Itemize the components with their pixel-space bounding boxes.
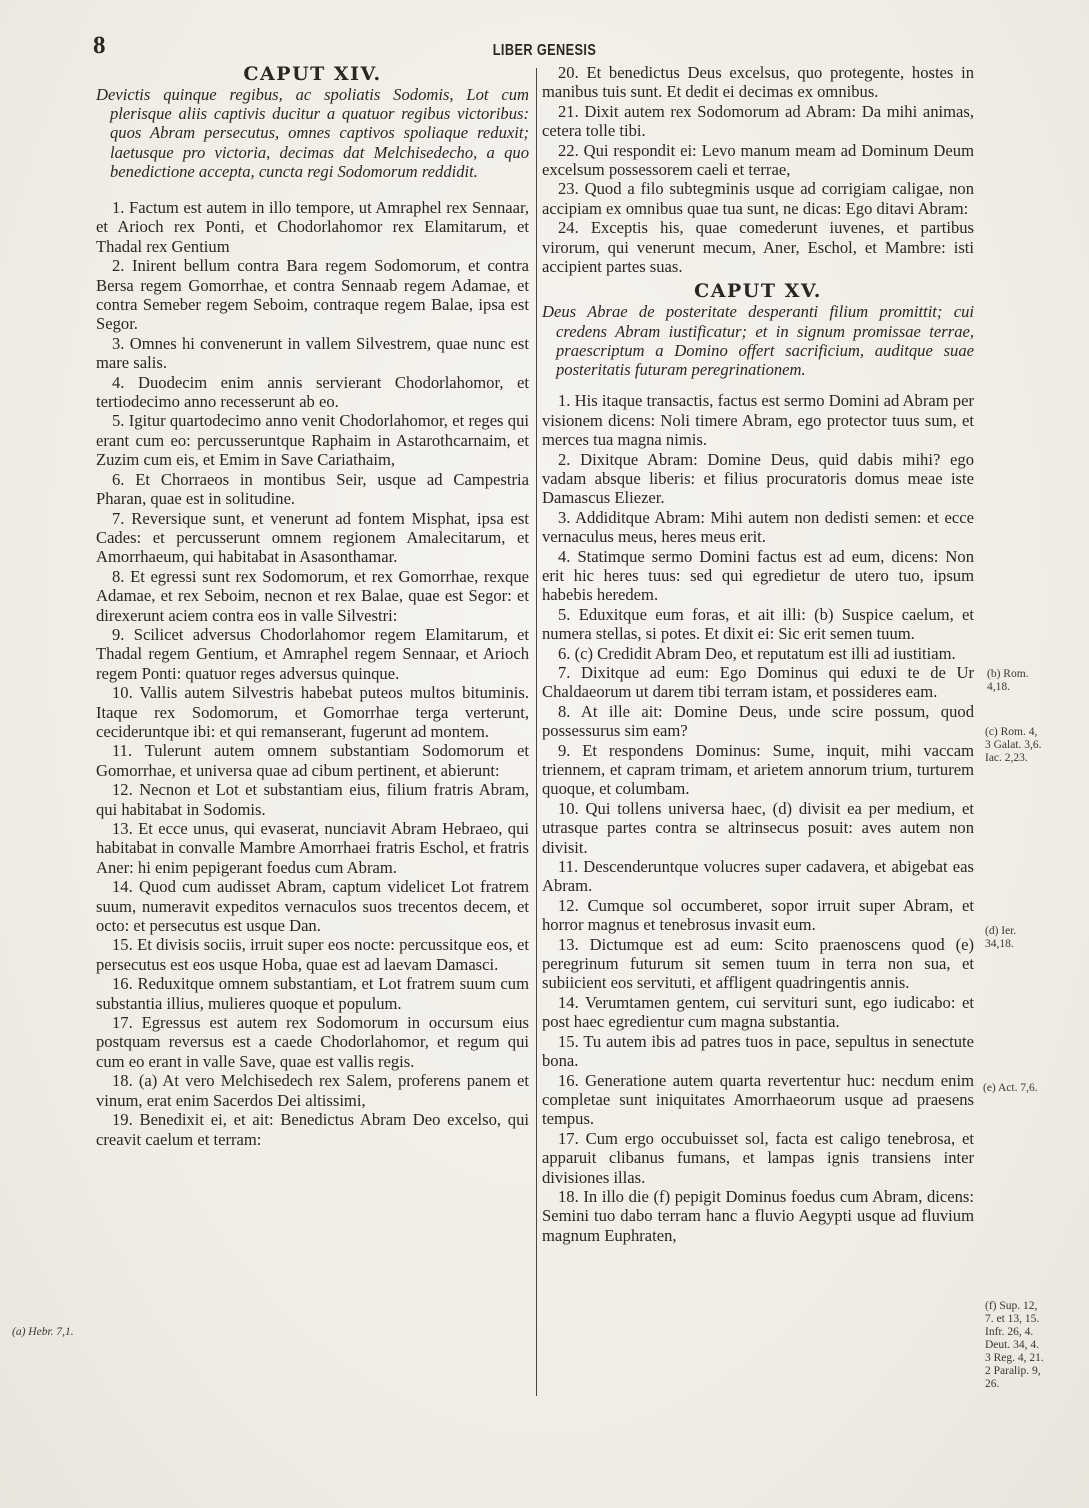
spacer [542,379,974,391]
margin-note-a: (a) Hebr. 7,1. [12,1326,74,1339]
book-page: 8 LIBER GENESIS CAPUT XIV. Devictis quin… [0,0,1089,1508]
verse-list-xv: 1. His itaque transactis, factus est ser… [542,391,974,1245]
verse: 12. Cumque sol occumberet, sopor irruit … [542,896,974,935]
verse: 2. Inirent bellum contra Bara regem Sodo… [96,256,529,334]
verse: 15. Et divisis sociis, irruit super eos … [96,935,529,974]
verse: 6. (c) Credidit Abram Deo, et reputatum … [542,644,974,663]
verse: 9. Et respondens Dominus: Sume, inquit, … [542,741,974,799]
verse-list-xiv: 1. Factum est autem in illo tempore, ut … [96,198,529,1149]
chapter-heading-xiv: CAPUT XIV. [96,63,529,85]
verse: 11. Tulerunt autem omnem substantiam Sod… [96,741,529,780]
verse: 19. Benedixit ei, et ait: Benedictus Abr… [96,1110,529,1149]
spacer [96,181,529,198]
verse: 11. Descenderuntque volucres super cadav… [542,857,974,896]
verse: 15. Tu autem ibis ad patres tuos in pace… [542,1032,974,1071]
verse: 3. Addiditque Abram: Mihi autem non dedi… [542,508,974,547]
verse: 5. Igitur quartodecimo anno venit Chodor… [96,411,529,469]
margin-note-c: (c) Rom. 4, 3 Galat. 3,6. Iac. 2,23. [985,726,1042,765]
verse: 2. Dixitque Abram: Domine Deus, quid dab… [542,450,974,508]
verse: 1. His itaque transactis, factus est ser… [542,391,974,449]
verse: 18. In illo die (f) pepigit Dominus foed… [542,1187,974,1245]
verse: 13. Dictumque est ad eum: Scito praenosc… [542,935,974,993]
verse: 8. At ille ait: Domine Deus, unde scire … [542,702,974,741]
verse: 18. (a) At vero Melchisedech rex Salem, … [96,1071,529,1110]
verse: 17. Cum ergo occubuisset sol, facta est … [542,1129,974,1187]
verse: 12. Necnon et Lot et substantiam eius, f… [96,780,529,819]
right-column: 20. Et benedictus Deus excelsus, quo pro… [542,63,974,1245]
verse: 4. Duodecim enim annis servierant Chodor… [96,373,529,412]
left-column: CAPUT XIV. Devictis quinque regibus, ac … [96,63,529,1149]
verse: 6. Et Chorraeos in montibus Seir, usque … [96,470,529,509]
verse: 21. Dixit autem rex Sodomorum ad Abram: … [542,102,974,141]
verse-list-xiv-continued: 20. Et benedictus Deus excelsus, quo pro… [542,63,974,276]
chapter-summary-xiv: Devictis quinque regibus, ac spoliatis S… [96,85,529,181]
chapter-summary-xv: Deus Abrae de posteritate desperanti fil… [542,302,974,379]
verse: 23. Quod a filo subtegminis usque ad cor… [542,179,974,218]
verse: 14. Verumtamen gentem, cui servituri sun… [542,993,974,1032]
running-head: LIBER GENESIS [98,42,991,60]
margin-note-f: (f) Sup. 12, 7. et 13, 15. Infr. 26, 4. … [985,1300,1044,1391]
verse: 7. Reversique sunt, et venerunt ad fonte… [96,509,529,567]
verse: 17. Egressus est autem rex Sodomorum in … [96,1013,529,1071]
verse: 14. Quod cum audisset Abram, captum vide… [96,877,529,935]
verse: 4. Statimque sermo Domini factus est ad … [542,547,974,605]
verse: 20. Et benedictus Deus excelsus, quo pro… [542,63,974,102]
margin-note-e: (e) Act. 7,6. [983,1082,1038,1095]
verse: 16. Generatione autem quarta revertentur… [542,1071,974,1129]
margin-note-b: (b) Rom. 4,18. [987,668,1029,694]
verse: 8. Et egressi sunt rex Sodomorum, et rex… [96,567,529,625]
verse: 24. Exceptis his, quae comederunt iuvene… [542,218,974,276]
verse: 13. Et ecce unus, qui evaserat, nunciavi… [96,819,529,877]
verse: 7. Dixitque ad eum: Ego Dominus qui edux… [542,663,974,702]
verse: 10. Qui tollens universa haec, (d) divis… [542,799,974,857]
verse: 5. Eduxitque eum foras, et ait illi: (b)… [542,605,974,644]
verse: 16. Reduxitque omnem substantiam, et Lot… [96,974,529,1013]
column-divider [536,68,537,1396]
verse: 3. Omnes hi convenerunt in vallem Silves… [96,334,529,373]
verse: 22. Qui respondit ei: Levo manum meam ad… [542,141,974,180]
verse: 10. Vallis autem Silvestris habebat pute… [96,683,529,741]
chapter-heading-xv: CAPUT XV. [542,280,974,302]
margin-note-d: (d) Ier. 34,18. [985,925,1016,951]
verse: 1. Factum est autem in illo tempore, ut … [96,198,529,256]
verse: 9. Scilicet adversus Chodorlahomor regem… [96,625,529,683]
